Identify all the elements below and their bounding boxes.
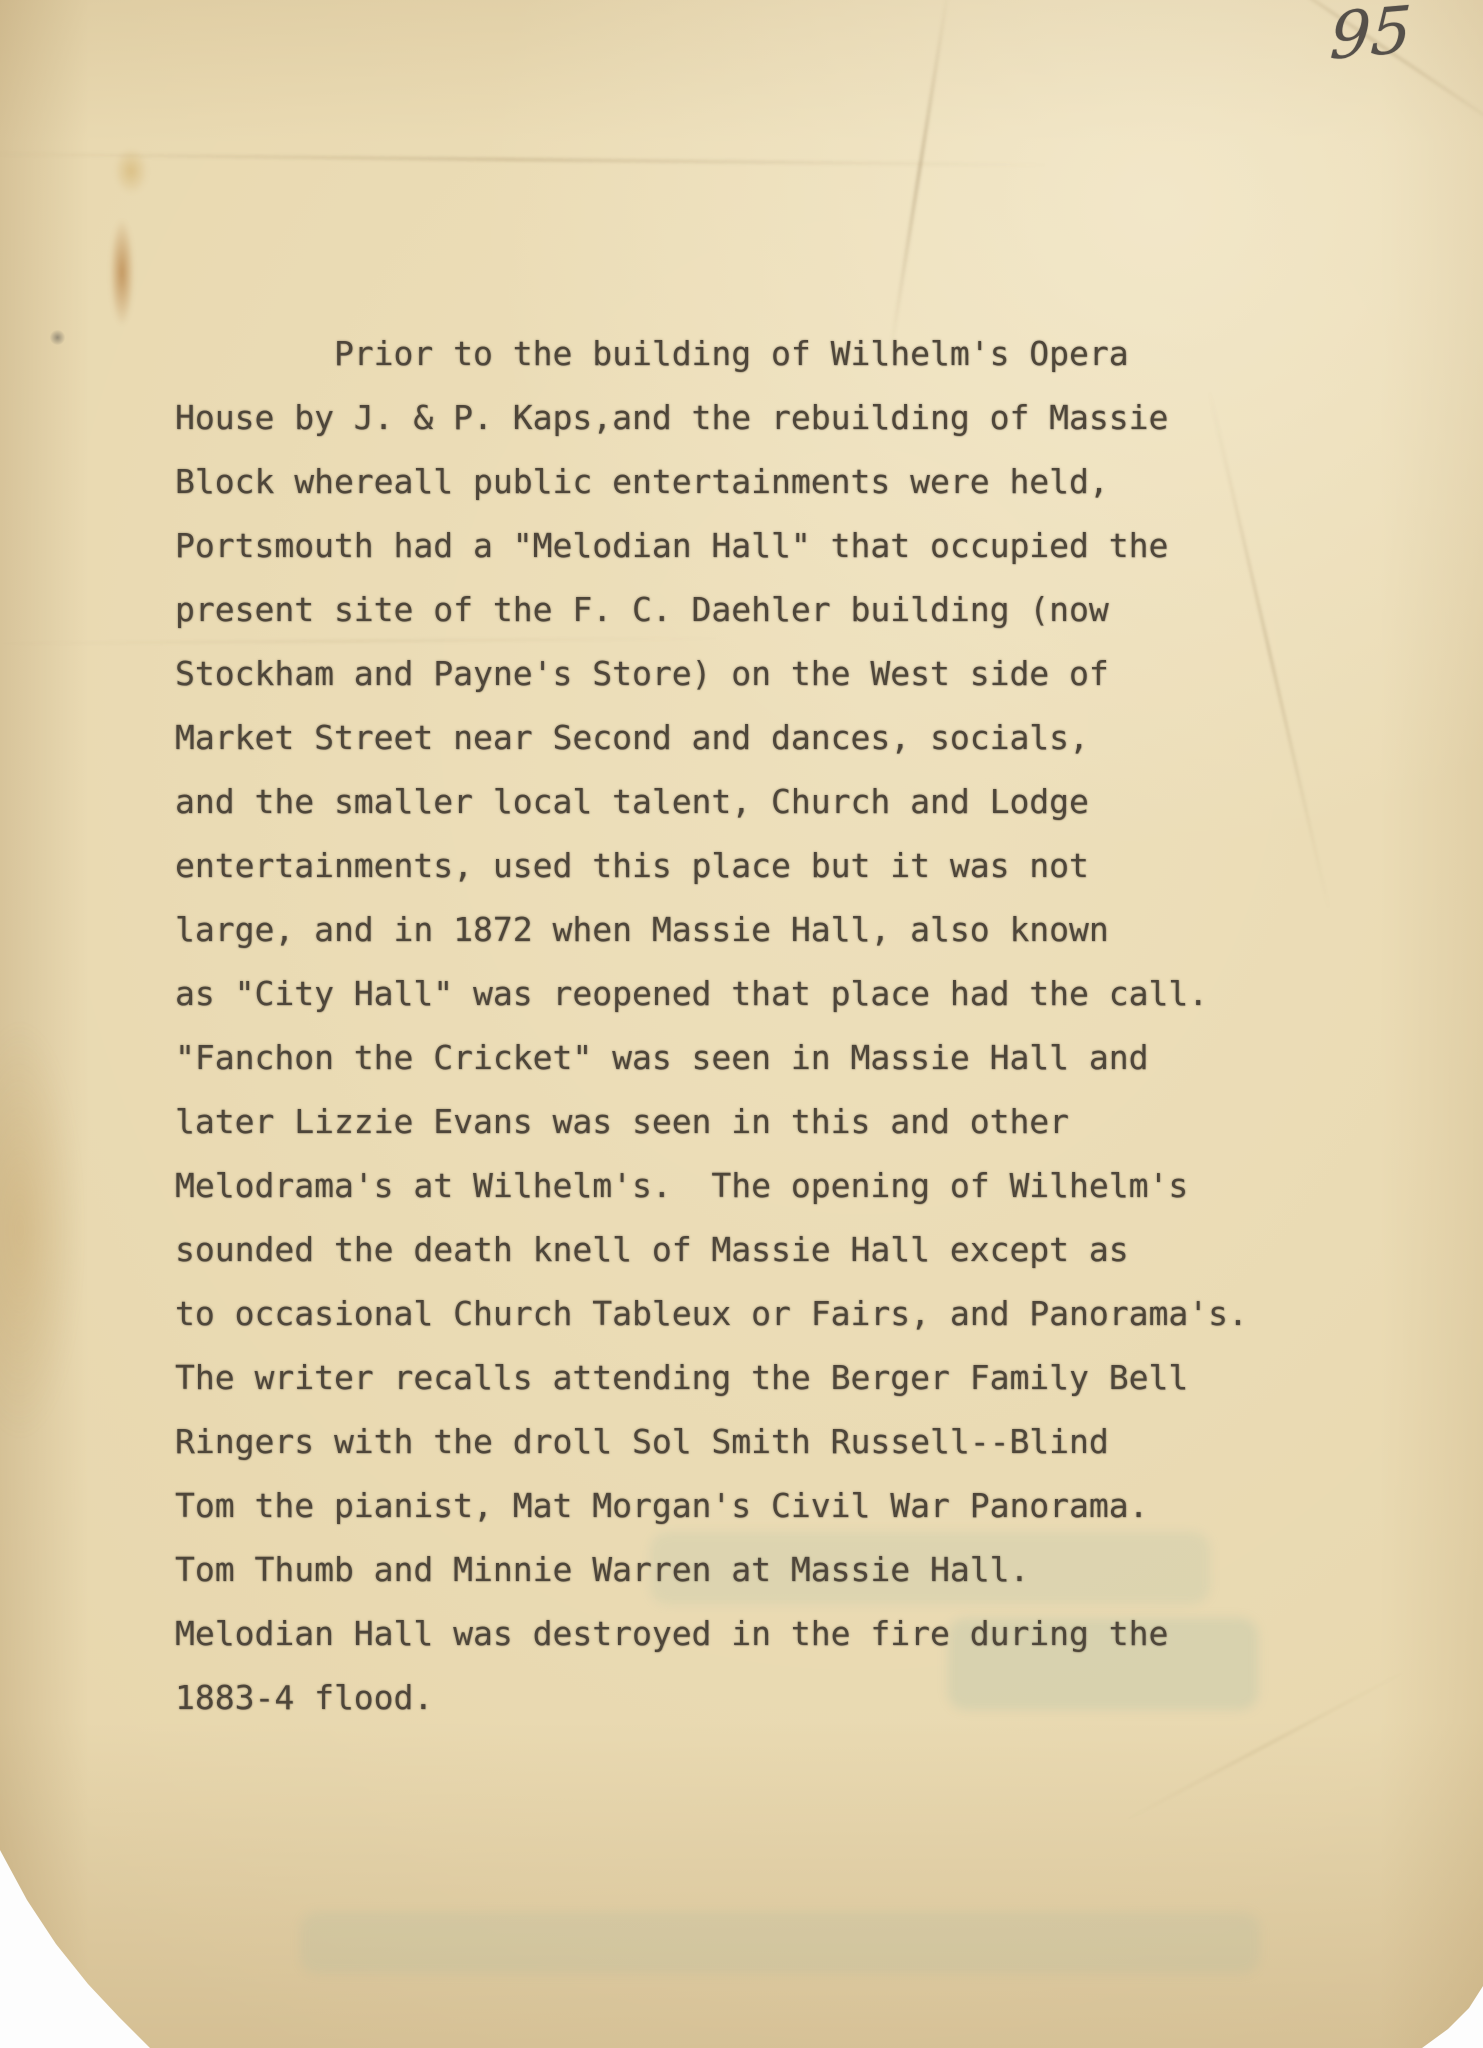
typed-line: to occasional Church Tableux or Fairs, a… <box>175 1282 1355 1346</box>
ink-bleed-through <box>300 1912 1260 1974</box>
typed-line: House by J. & P. Kaps,and the rebuilding… <box>175 386 1355 450</box>
typed-line: Tom the pianist, Mat Morgan's Civil War … <box>175 1474 1355 1538</box>
scanned-document: 95 Prior to the building of Wilhelm's Op… <box>0 0 1483 2048</box>
typed-line: Melodrama's at Wilhelm's. The opening of… <box>175 1154 1355 1218</box>
typed-line: Block whereall public entertainments wer… <box>175 450 1355 514</box>
typed-line: large, and in 1872 when Massie Hall, als… <box>175 898 1355 962</box>
typed-line: sounded the death knell of Massie Hall e… <box>175 1218 1355 1282</box>
typed-line: Melodian Hall was destroyed in the fire … <box>175 1602 1355 1666</box>
handwritten-page-number: 95 <box>1328 0 1413 70</box>
typed-line: "Fanchon the Cricket" was seen in Massie… <box>175 1026 1355 1090</box>
typed-line: as "City Hall" was reopened that place h… <box>175 962 1355 1026</box>
typed-line: 1883-4 flood. <box>175 1666 1355 1730</box>
typed-paragraph: Prior to the building of Wilhelm's Opera… <box>175 322 1355 1730</box>
typed-line: Stockham and Payne's Store) on the West … <box>175 642 1355 706</box>
typed-line: Prior to the building of Wilhelm's Opera <box>175 322 1355 386</box>
typed-line: Market Street near Second and dances, so… <box>175 706 1355 770</box>
yellow-stain <box>114 148 148 194</box>
typed-line: and the smaller local talent, Church and… <box>175 770 1355 834</box>
spot-stain <box>50 330 65 345</box>
typed-line: entertainments, used this place but it w… <box>175 834 1355 898</box>
typed-line: Ringers with the droll Sol Smith Russell… <box>175 1410 1355 1474</box>
typed-line: present site of the F. C. Daehler buildi… <box>175 578 1355 642</box>
typed-line: Tom Thumb and Minnie Warren at Massie Ha… <box>175 1538 1355 1602</box>
rust-stain <box>110 220 134 325</box>
typed-line: later Lizzie Evans was seen in this and … <box>175 1090 1355 1154</box>
typed-line: Portsmouth had a "Melodian Hall" that oc… <box>175 514 1355 578</box>
typed-line: The writer recalls attending the Berger … <box>175 1346 1355 1410</box>
